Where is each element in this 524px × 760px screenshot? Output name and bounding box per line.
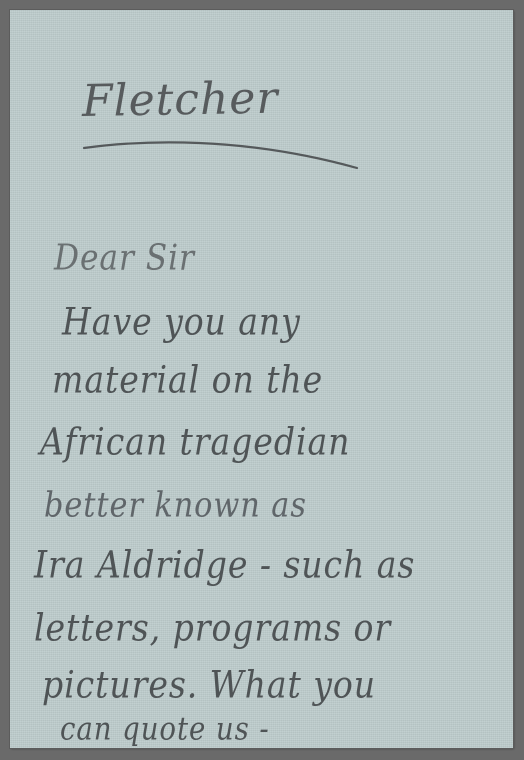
body-line-3: African tragedian <box>40 421 350 464</box>
body-line-1: Have you any <box>62 301 301 344</box>
body-line-7: pictures. What you <box>42 664 376 707</box>
heading-fletcher: Fletcher <box>82 73 279 127</box>
body-line-2: material on the <box>52 359 323 402</box>
note-paper: Fletcher Dear Sir Have you any material … <box>10 10 513 748</box>
salutation: Dear Sir <box>54 237 195 279</box>
body-line-6: letters, programs or <box>34 607 391 650</box>
body-line-8: can quote us - <box>60 711 270 748</box>
body-line-4: better known as <box>44 484 307 525</box>
body-line-5: Ira Aldridge - such as <box>34 544 415 587</box>
heading-underline <box>82 138 372 178</box>
